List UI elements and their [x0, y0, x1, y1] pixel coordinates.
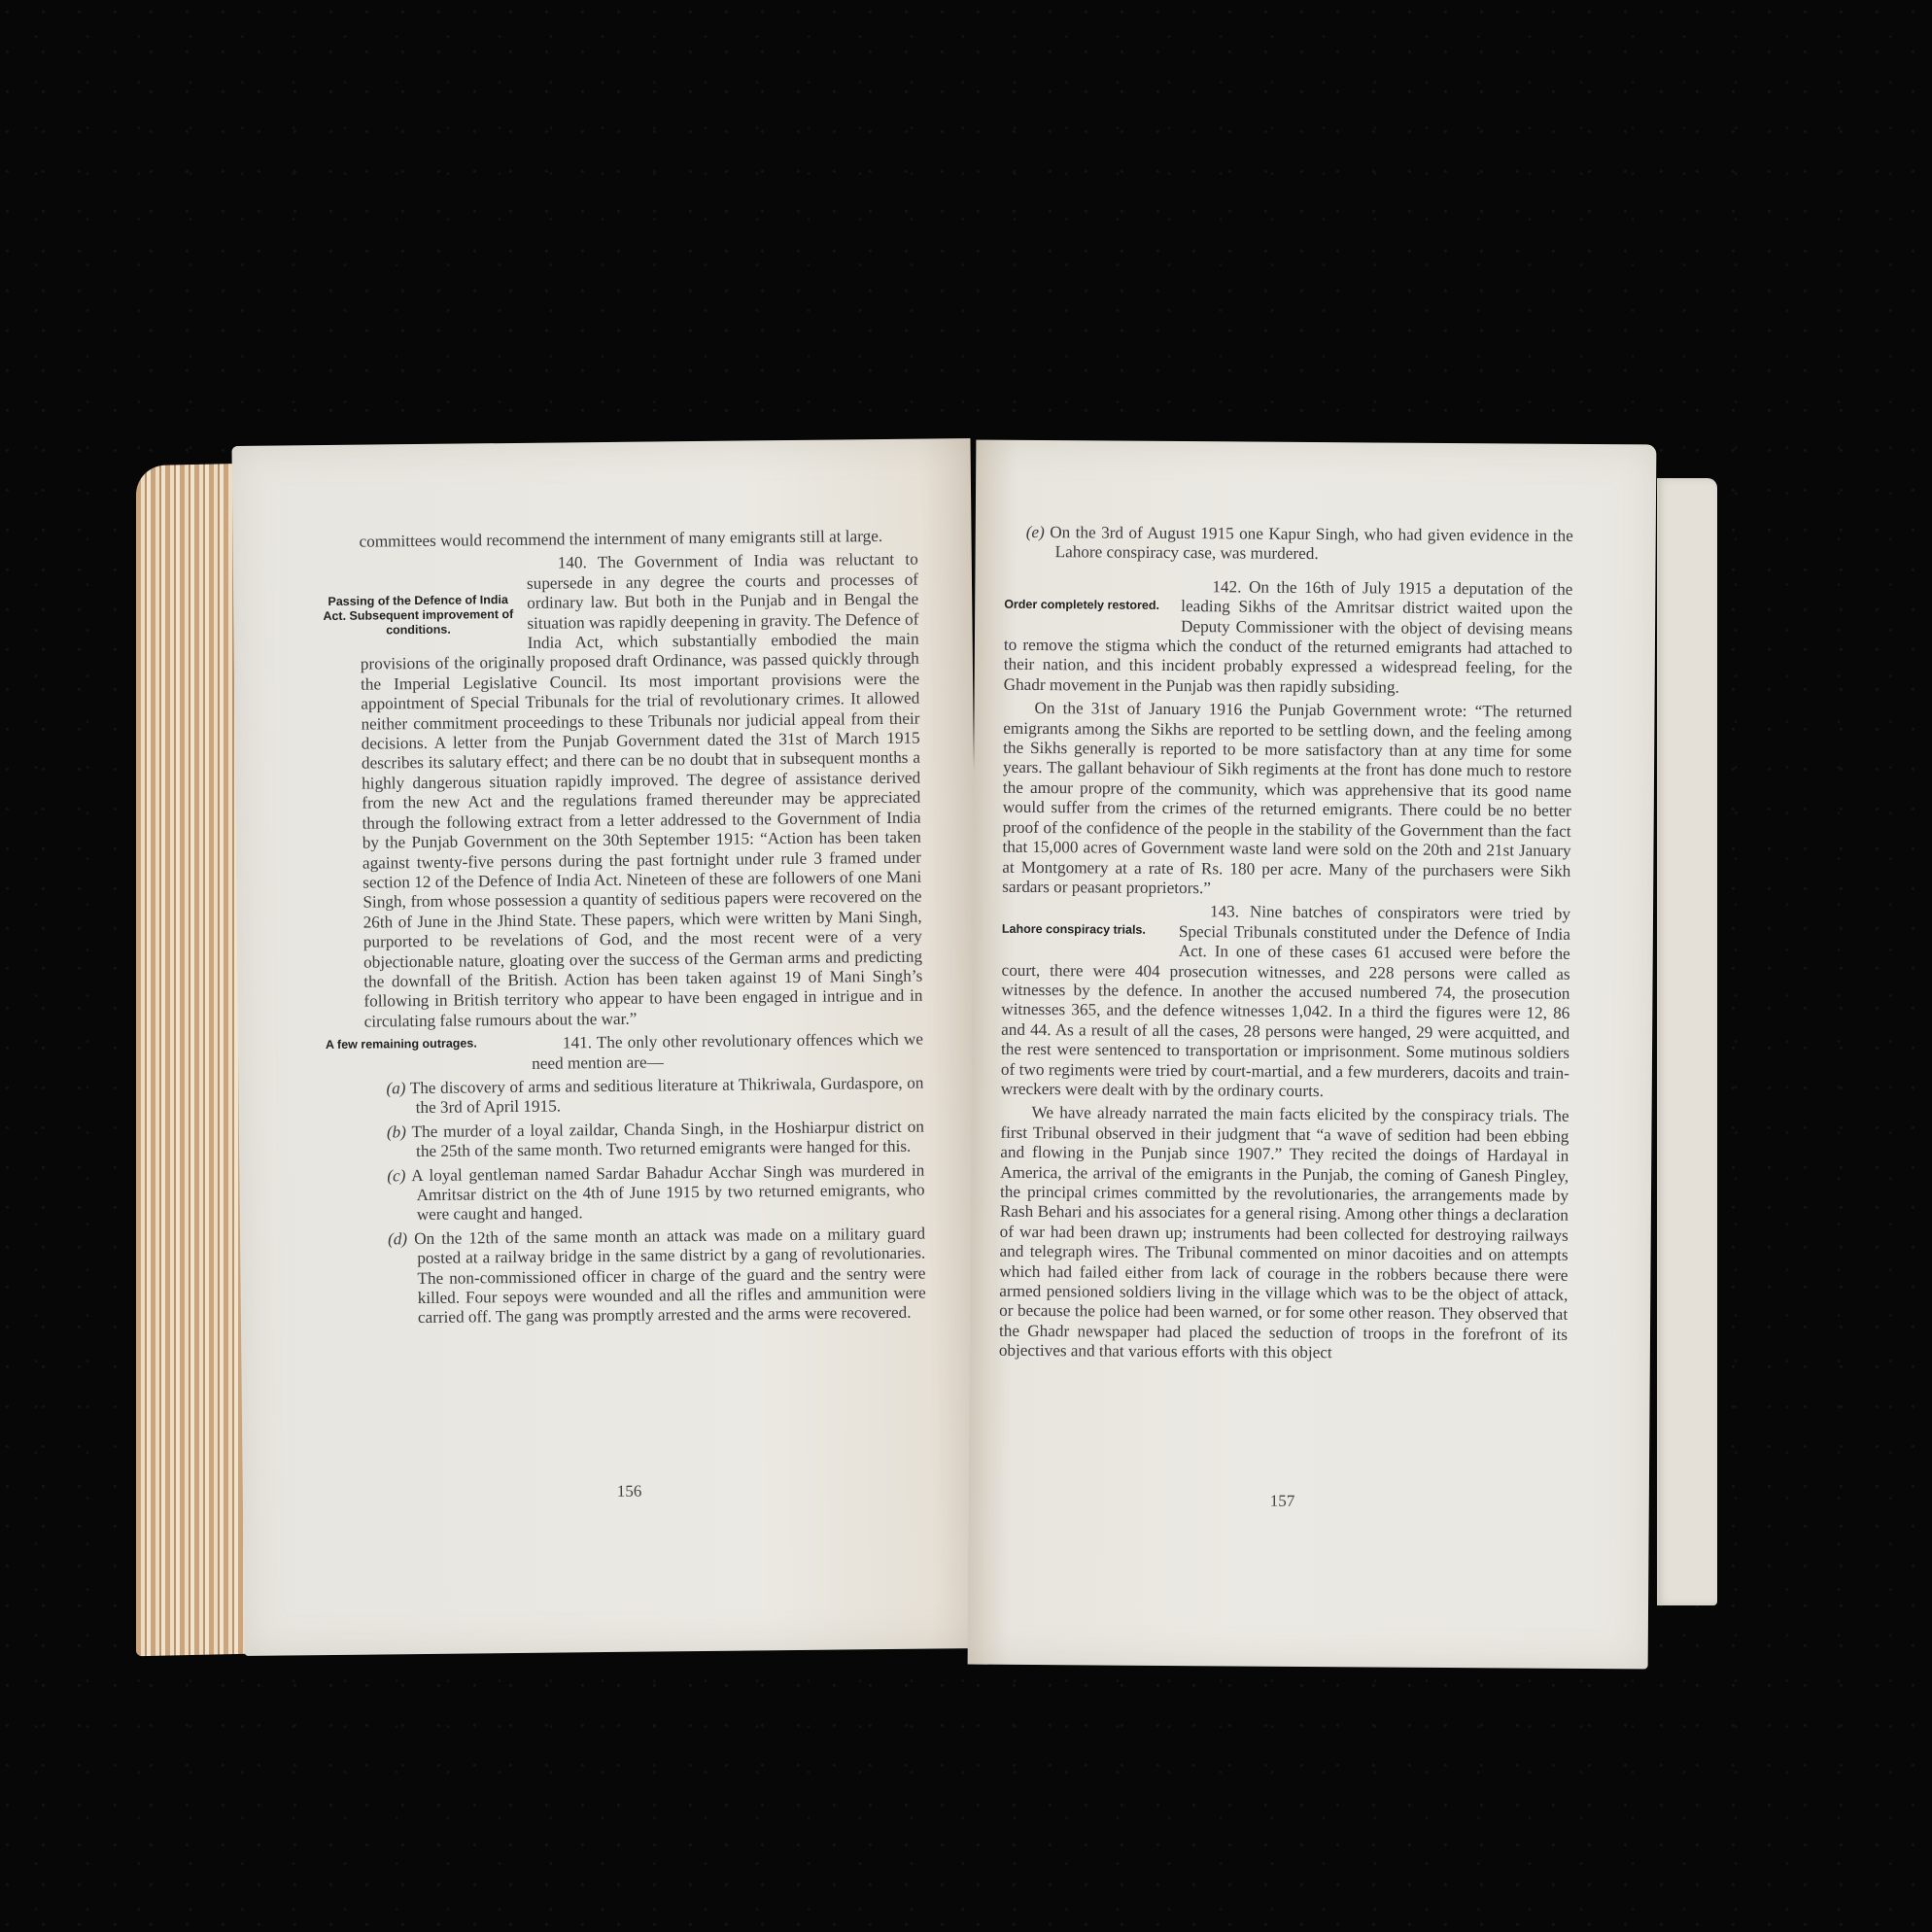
list-text: On the 3rd of August 1915 one Kapur Sing…: [1050, 523, 1573, 563]
book-cover-flap: [1657, 478, 1717, 1605]
right-page-text: (e) On the 3rd of August 1915 one Kapur …: [999, 523, 1573, 1369]
paragraph-142-quote: On the 31st of January 1916 the Punjab G…: [1002, 699, 1571, 901]
list-item-b: (b) The murder of a loyal zaildar, Chand…: [365, 1117, 924, 1162]
list-label: (a): [386, 1079, 405, 1097]
list-label: (d): [388, 1229, 407, 1248]
list-label: (c): [387, 1166, 405, 1185]
paragraph-143-continued: We have already narrated the main facts …: [999, 1103, 1570, 1364]
list-item-c: (c) A loyal gentleman named Sardar Bahad…: [365, 1160, 925, 1225]
list-text: The discovery of arms and seditious lite…: [410, 1074, 924, 1118]
sidenote-lahore-trials: Lahore conspiracy trials.: [1002, 922, 1167, 938]
list-text: A loyal gentleman named Sardar Bahadur A…: [411, 1160, 925, 1224]
list-item-a: (a) The discovery of arms and seditious …: [364, 1074, 923, 1120]
left-page: committees would recommend the internmen…: [232, 438, 983, 1656]
list-text: On the 12th of the same month an attack …: [414, 1224, 926, 1327]
sidenote-remaining-outrages: A few remaining outrages.: [326, 1036, 520, 1052]
paragraph-142: 142. On the 16th of July 1915 a deputati…: [1004, 576, 1573, 700]
left-page-text: committees would recommend the internmen…: [359, 527, 926, 1333]
list-item-d: (d) On the 12th of the same month an att…: [366, 1224, 926, 1328]
right-page: (e) On the 3rd of August 1915 one Kapur …: [968, 440, 1657, 1670]
list-label: (b): [387, 1122, 406, 1141]
sidenote-defence-act: Passing of the Defence of India Act. Sub…: [321, 593, 515, 638]
sidenote-order-restored: Order completely restored.: [1004, 598, 1169, 613]
list-item-e: (e) On the 3rd of August 1915 one Kapur …: [1005, 523, 1573, 567]
list-label: (e): [1026, 523, 1045, 541]
page-number-right: 157: [1270, 1492, 1295, 1511]
list-text: The murder of a loyal zaildar, Chanda Si…: [411, 1117, 924, 1160]
opening-line: committees would recommend the internmen…: [359, 527, 917, 552]
photo-scene: committees would recommend the internmen…: [0, 0, 1932, 1932]
page-number-left: 156: [617, 1482, 642, 1501]
book-fore-edge: [136, 464, 248, 1656]
